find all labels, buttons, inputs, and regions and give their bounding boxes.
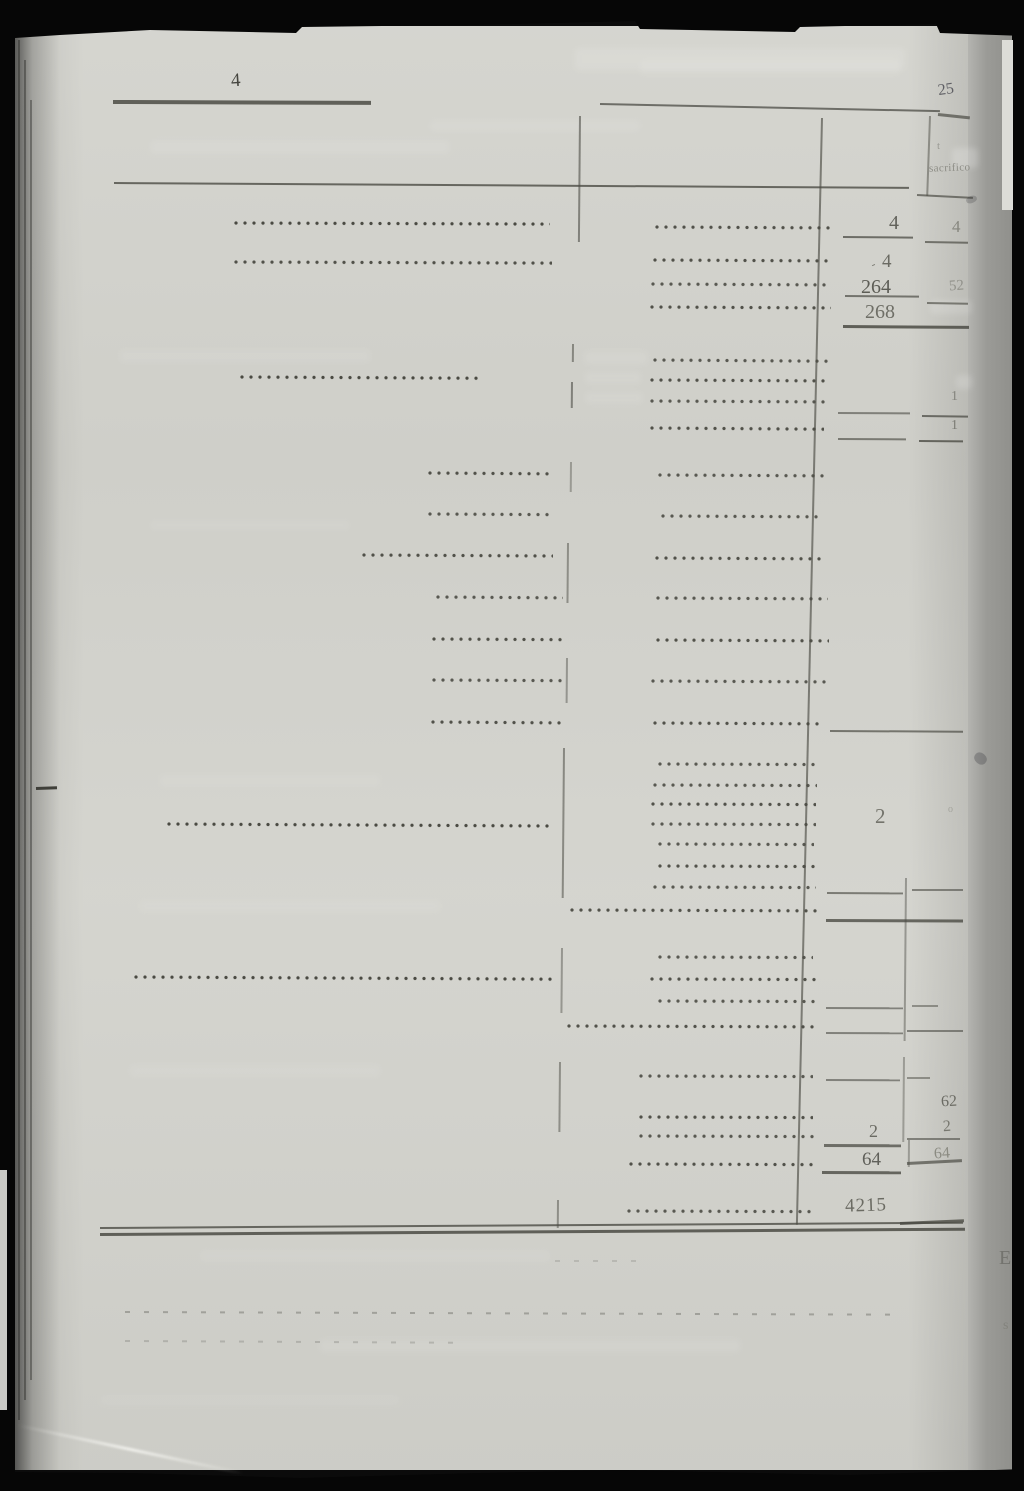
faded-text-band [640,60,900,74]
page-edge-glare [1002,40,1013,210]
book-spine-shadow [14,26,60,1470]
table-rule-horizontal [838,412,910,414]
faded-text-band [430,120,640,132]
faded-text-band [130,1065,380,1077]
faded-text-band [585,372,641,384]
cell-row9-col3: 2 [869,1122,878,1140]
cell-row3-col4: 52 [948,278,964,294]
right-page-number: 25 [937,81,955,99]
dotted-leader-row [658,842,814,847]
cell-row3-col3: 264 [861,277,891,297]
spine-streak [30,100,32,1380]
column-header-fragment: t [937,141,940,152]
table-rule-horizontal [827,892,903,894]
table-rule-horizontal [912,889,963,891]
dotted-leader-row [658,762,818,767]
faded-text-band [585,392,643,404]
dotted-leader-row [639,1134,815,1139]
faded-text-band [150,140,450,154]
dotted-leader-row [432,637,562,642]
dotted-leader-row [653,885,816,890]
scanner-bed-sliver [0,1170,7,1410]
scan-border-right [1012,20,1024,1491]
cell-row1-col4: 4 [952,218,961,235]
table-rule-vertical [571,382,573,408]
scanned-document-page: 4 25 t sacrifico 4 4 4 264 52 268 1 1 2 … [0,0,1024,1491]
table-rule-vertical [557,1200,559,1228]
cell-row5-col4: 1 [951,390,958,404]
dotted-leader-row [650,977,817,982]
faded-text-band [150,520,350,530]
dotted-leader-row [428,512,553,517]
table-rule-horizontal [824,1144,901,1147]
table-rule-horizontal [907,1138,960,1140]
faded-text-band [160,775,380,787]
table-rule-vertical [570,462,572,492]
column-header-sacrifice: sacrifico [929,162,971,174]
cell-row10-col3: 64 [862,1150,881,1169]
cell-row8-col4: 62 [941,1094,958,1111]
faded-text-band [585,352,647,364]
cell-row7-col4: o [948,805,953,815]
spine-streak [24,60,26,1400]
faded-text-band [120,350,370,362]
dotted-leader-row [658,955,813,960]
spine-streak [18,40,20,1420]
table-rule-horizontal [826,1079,900,1081]
faded-text-band [956,375,972,389]
table-rule-horizontal [838,438,906,440]
cell-row9-col4: 2 [942,1119,951,1136]
dotted-leader-row [658,999,817,1004]
dotted-leader-row [432,678,563,683]
left-page-number: 4 [230,71,241,91]
table-rule-horizontal [907,1077,930,1079]
table-rule-horizontal [826,1007,903,1009]
cell-row1-col3: 4 [889,213,899,233]
adjacent-page-letter-bottom: s [1003,1319,1008,1333]
table-rule-horizontal [822,1171,901,1174]
dotted-leader-row [653,783,817,788]
cell-row10-col4: 64 [933,1145,950,1162]
table-rule-horizontal [912,1005,938,1007]
cell-row7-col3: 2 [875,806,886,827]
ghost-text-row [555,1260,645,1262]
dotted-leader-row [661,514,822,519]
table-rule-horizontal [826,919,963,922]
adjacent-page-letter-top: E [999,1248,1011,1268]
table-rule-vertical [572,344,574,362]
dotted-leader-row [651,822,816,827]
dotted-leader-row [629,1162,813,1167]
table-rule-horizontal [907,1030,963,1032]
dotted-leader-row [639,1074,813,1079]
table-rule-horizontal [826,1032,903,1034]
cell-row2-col3: 4 [882,252,892,271]
table-rule-vertical [908,1140,910,1167]
dotted-leader-row [651,802,816,807]
faded-text-band [100,1395,400,1405]
dotted-leader-row [658,864,816,869]
grand-total: 4215 [845,1195,888,1215]
dotted-leader-row [570,908,817,913]
dotted-leader-row [655,556,821,561]
dotted-leader-row [639,1115,813,1120]
faded-text-band [200,1250,550,1262]
table-rule-horizontal [919,440,963,442]
cell-row4-col3: 268 [865,302,895,322]
dotted-leader-row [627,1209,813,1214]
cell-row6-col4: 1 [951,419,958,433]
faded-text-band [140,900,440,912]
